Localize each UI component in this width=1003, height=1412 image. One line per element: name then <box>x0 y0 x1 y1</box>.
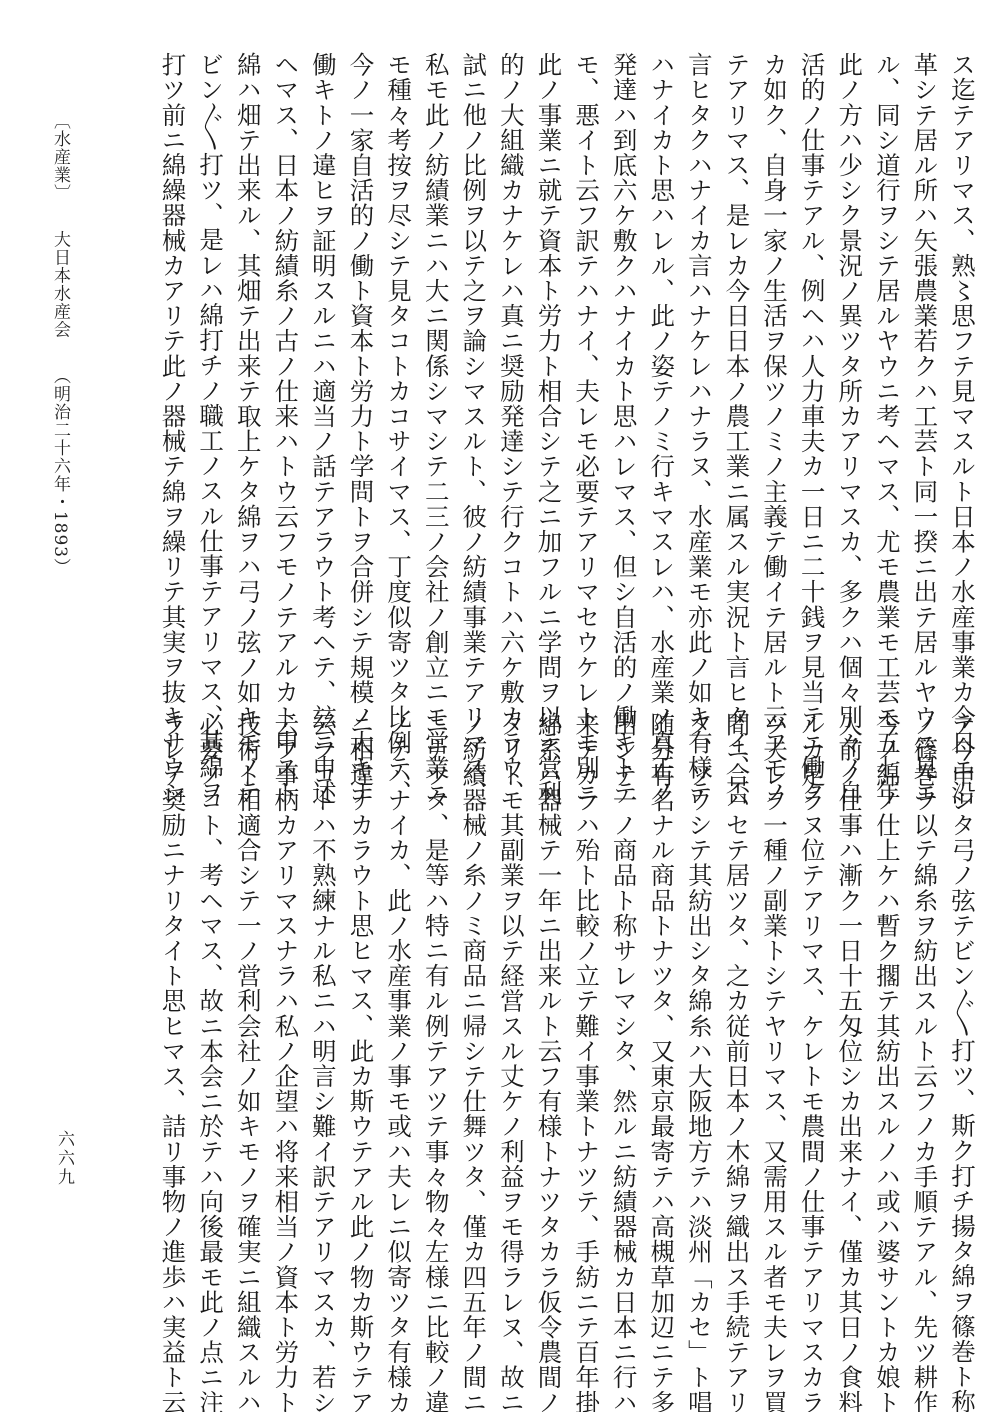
publisher: 大日本水産会 <box>50 230 70 338</box>
text-column: 云フコトハ不熟練ナル私ニハ明言シ難イ訳テアリマスカ、若シサウ <box>304 712 342 1352</box>
text-column: 今ノ一家自活的ノ働ト資本ト労力ト学問トヲ合併シテ規模ノ大キナ <box>342 52 380 692</box>
text-column: タリトモ其副業ヲ以テ経営スル丈ケノ利益ヲモ得ラレヌ、故ニ一方 <box>492 712 530 1352</box>
text-column: 此ノ方ハ少シク景況ノ異ツタ所カアリマスカ、多クハ個々別々ノ自 <box>831 52 869 692</box>
text-column: 発達ハ到底六ケ敷クハナイカト思ハレマス、但シ自活的ノ働キトテ <box>605 52 643 692</box>
text-column: ニ相違ナカラウト思ヒマス、此カ斯ウテアル此ノ物カ斯ウテアルト <box>342 712 380 1352</box>
text-column: モ、悪イト云フ訳テハナイ、夫レモ必要テアリマセウケレトモ別ニ <box>567 52 605 692</box>
text-column: ルカ足ラヌ位テアリマス、ケレトモ農間ノ仕事テアリマスカラ、先 <box>793 712 831 1352</box>
text-column: テアリマス、是レカ今日日本ノ農工業ニ属スル実況ト言ヒタイ、否 <box>718 52 756 692</box>
text-column: ノテハナイカ、此ノ水産事業ノ事モ或ハ夫レニ似寄ツタ有様カアル <box>380 712 418 1352</box>
page-number: 六六九 <box>52 1130 77 1187</box>
text-column: ノ篠巻ヲ以テ綿糸ヲ紡出スルト云フノカ手順テアル、先ツ耕作カラ <box>906 712 944 1352</box>
text-column: ノ紡績器械ノ糸ノミ商品ニ帰シテ仕舞ツタ、僅カ四五年ノ間ニ左様 <box>455 712 493 1352</box>
text-column: 来テカラハ殆ト比較ノ立テ難イ事業トナツテ、手紡ニテ百年掛ツタ <box>567 712 605 1352</box>
text-column: 革シテ居ル所ハ矢張農業若クハ工芸ト同一揆ニ出テ居ルヤウニ見エ <box>906 52 944 692</box>
text-column: 出シテ一ノ商品ト称サレマシタ、然ルニ紡績器械カ日本ニ行ハレテ <box>605 712 643 1352</box>
text-column: ハナイカト思ハレル、此ノ姿テノミ行キマスレハ、水産業ノ真正ノ <box>643 52 681 692</box>
text-column: 随分有名ナル商品トナツタ、又東京最寄テハ高槻草加辺ニテ多ク産 <box>643 712 681 1352</box>
text-column: 活的ノ仕事テアル、例ヘハ人力車夫カ一日ニ二十銭ヲ見当テニ働ク <box>793 52 831 692</box>
text-column: ル、同シ道行ヲシテ居ルヤウニ考ヘマス、尤モ農業モ工芸モ五七年 <box>868 52 906 692</box>
text-column: 私モ此ノ紡績業ニハ大ニ関係シマシテ二三ノ会社ノ創立ニモ営業ニ <box>417 52 455 692</box>
text-column: 的ノ大組織カナケレハ真ニ奨励発達シテ行クコトハ六ケ敷カラウ、 <box>492 52 530 692</box>
text-column: 今ノ綿ノ仕上ケハ暫ク擱テ其紡出スルノハ或ハ婆サントカ娘トカ一 <box>868 712 906 1352</box>
text-column: モ種々考按ヲ尽シテ見タコトカコサイマス、丁度似寄ツタ比例テ、 <box>380 52 418 692</box>
text-column: 人前ノ仕事ハ漸ク一日十五匁位シカ出来ナイ、僅カ其日ノ食料ニ足 <box>831 712 869 1352</box>
text-column: ラレテ奨励ニナリタイト思ヒマス、詰リ事物ノ進歩ハ実益ト云フモ <box>154 712 192 1352</box>
text-column: ヘマス、日本ノ紡績糸ノ古ノ仕来ハトウ云フモノテアルカト申スト <box>267 52 305 692</box>
publication-date: （明治二十六年・1893） <box>50 367 70 576</box>
text-column: ビン〲打ツ、是レハ綿打チノ職工ノスル仕事テアリマス、其綿ヲ <box>192 52 230 692</box>
text-column: 必要ノコト、考ヘマス、故ニ本会ニ於テハ向後最モ此ノ点ニ注意セ <box>192 712 230 1352</box>
text-column: テ今申シタ弓ノ弦テビン〲打ツ、斯ク打チ揚タ綿ヲ篠巻ト称ヘ此 <box>943 712 981 1352</box>
text-column: 働キトノ違ヒヲ証明スルニハ適当ノ話テアラウト考ヘテ、玆ニ申述 <box>304 52 342 692</box>
text-column: 技術ト相適合シテ一ノ営利会社ノ如キモノヲ確実ニ組織スルハ頗ル <box>229 712 267 1352</box>
text-column: ニナツタ、是等ハ特ニ有ル例テアツテ事々物々左様ニ比較ノ違フモ <box>417 712 455 1352</box>
text-block-lower: テ今申シタ弓ノ弦テビン〲打ツ、斯ク打チ揚タ綿ヲ篠巻ト称ヘ此ノ篠巻ヲ以テ綿糸ヲ紡出… <box>154 712 981 1352</box>
source-label: 〔水産業〕 <box>50 112 70 202</box>
text-column: 言ヒタクハナイカ言ハナケレハナラヌ、水産業モ亦此ノ如キ有様テ <box>680 52 718 692</box>
text-column: 綿ハ畑テ出来ル、其畑テ出来テ取上ケタ綿ヲハ弓ノ弦ノ如キモノテ <box>229 52 267 692</box>
source-citation: 〔水産業〕 大日本水産会 （明治二十六年・1893） <box>48 112 73 576</box>
text-column: 打ツ前ニ綿繰器械カアリテ此ノ器械テ綿ヲ繰リテ其実ヲ抜キサウシ <box>154 52 192 692</box>
text-column: カ如ク、自身一家ノ生活ヲ保ツノミノ主義テ働イテ居ルト云フモノ <box>755 52 793 692</box>
text-column: 此ノ事業ニ就テ資本ト労力ト相合シテ之ニ加フルニ学問ヲ以テ営利 <box>530 52 568 692</box>
text-column: 云フ事柄カアリマスナラハ私ノ企望ハ将来相当ノ資本ト労力ト及ヒ <box>267 712 305 1352</box>
text-column: ツ夫レヲ一種ノ副業トシテヤリマス、又需用スル者モ夫レヲ買ツテ <box>755 712 793 1352</box>
text-column: 間ニ合ハセテ居ツタ、之カ従前日本ノ木綿ヲ織出ス手続テアリマシ <box>718 712 756 1352</box>
text-column: 試ニ他ノ比例ヲ以テ之ヲ論シマスルト、彼ノ紡績事業テアリマス、 <box>455 52 493 692</box>
text-column: タ、ソウシテ其紡出シタ綿糸ハ大阪地方テハ淡州「カセ」ト唱ヘテ <box>680 712 718 1352</box>
text-column: 綿糸ハ器械テ一年ニ出来ルト云フ有様トナツタカラ仮令農間ノ副業 <box>530 712 568 1352</box>
text-block-upper: ス迄テアリマス、熟〻思フテ見マスルト日本ノ水産事業カ今日ニ沿革シテ居ル所ハ矢張農… <box>154 52 981 692</box>
text-column: ス迄テアリマス、熟〻思フテ見マスルト日本ノ水産事業カ今日ニ沿 <box>943 52 981 692</box>
